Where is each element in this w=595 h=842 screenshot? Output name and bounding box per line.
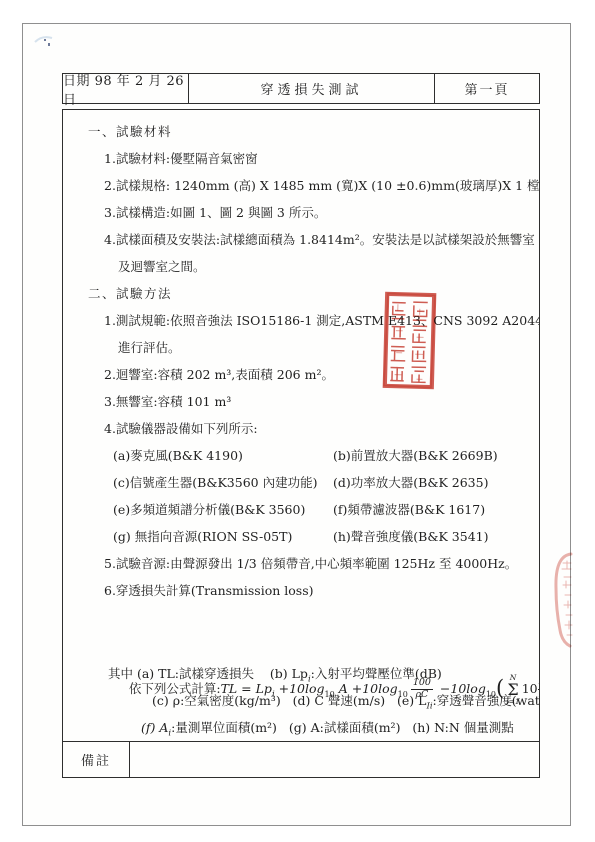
list-item: 1.測試規範:依照音強法 ISO15186-1 測定,ASTM E413、CNS… <box>104 307 533 334</box>
header-date: 日期 98 年 2 月 26 日 <box>63 74 189 103</box>
report-body: 一、試驗材料 1.試驗材料:優墅隔音氣密窗 2.試樣規格: 1240mm (高)… <box>63 110 539 741</box>
equipment-item: (h)聲音強度儀(B&K 3541) <box>333 523 489 550</box>
equipment-item: (e)多頻道頻譜分析儀(B&K 3560) <box>113 496 333 523</box>
equipment-item: (f)頻帶濾波器(B&K 1617) <box>333 496 485 523</box>
equipment-item: (d)功率放大器(B&K 2635) <box>333 469 488 496</box>
list-item: 4.試樣面積及安裝法:試樣總面積為 1.8414m²。安裝法是以試樣架設於無響室 <box>104 226 533 253</box>
list-item: 5.試驗音源:由聲源發出 1/3 倍頻帶音,中心頻率範圍 125Hz 至 400… <box>104 550 533 577</box>
list-item: 2.試樣規格: 1240mm (高) X 1485 mm (寬)X (10 ±0… <box>104 172 533 199</box>
list-item: 6.穿透損失計算(Transmission loss) <box>104 577 533 604</box>
list-item: 4.試驗儀器設備如下列所示: <box>104 415 533 442</box>
page-number: 第一頁 <box>435 74 539 103</box>
transmission-loss-formula: 依下列公式計算:TL = Lpi +10log10 A +10log10100ρ… <box>105 604 533 660</box>
remarks-value-empty <box>130 742 539 777</box>
header-table: 日期 98 年 2 月 26 日 穿透損失測試 第一頁 <box>62 73 540 104</box>
list-item: 1.試驗材料:優墅隔音氣密窗 <box>104 145 533 172</box>
equipment-row: (c)信號產生器(B&K3560 內建功能) (d)功率放大器(B&K 2635… <box>113 469 533 496</box>
equipment-item: (a)麥克風(B&K 4190) <box>113 442 333 469</box>
list-item: 2.迴響室:容積 202 m³,表面積 206 m²。 <box>104 361 533 388</box>
equipment-row: (g) 無指向音源(RION SS-05T) (h)聲音強度儀(B&K 3541… <box>113 523 533 550</box>
list-item: 3.試樣構造:如圖 1、圖 2 與圖 3 所示。 <box>104 199 533 226</box>
list-item-continuation: 及迴響室之間。 <box>118 253 533 280</box>
equipment-row: (a)麥克風(B&K 4190) (b)前置放大器(B&K 2669B) <box>113 442 533 469</box>
section1-heading: 一、試驗材料 <box>88 118 533 145</box>
report-document: { "header": { "date": "日期 98 年 2 月 26 日"… <box>0 0 595 842</box>
equipment-row: (e)多頻道頻譜分析儀(B&K 3560) (f)頻帶濾波器(B&K 1617) <box>113 496 533 523</box>
equipment-item: (g) 無指向音源(RION SS-05T) <box>113 523 333 550</box>
formula-legend-row: (f) Ai:量測單位面積(m²) (g) A:試樣面積(m²) (h) N:N… <box>141 714 533 741</box>
list-item: 3.無響室:容積 101 m³ <box>104 388 533 415</box>
section2-heading: 二、試驗方法 <box>88 280 533 307</box>
report-title: 穿透損失測試 <box>189 74 435 103</box>
remarks-row: 備註 <box>63 741 539 777</box>
main-content-box: 一、試驗材料 1.試驗材料:優墅隔音氣密窗 2.試樣規格: 1240mm (高)… <box>62 109 540 778</box>
list-item-continuation: 進行評估。 <box>118 334 533 361</box>
formula-legend-row: (c) ρ:空氣密度(kg/m³) (d) C 聲速(m/s) (e) LIi:… <box>152 687 533 714</box>
equipment-item: (c)信號產生器(B&K3560 內建功能) <box>113 469 333 496</box>
equipment-item: (b)前置放大器(B&K 2669B) <box>333 442 498 469</box>
remarks-label: 備註 <box>63 742 130 777</box>
